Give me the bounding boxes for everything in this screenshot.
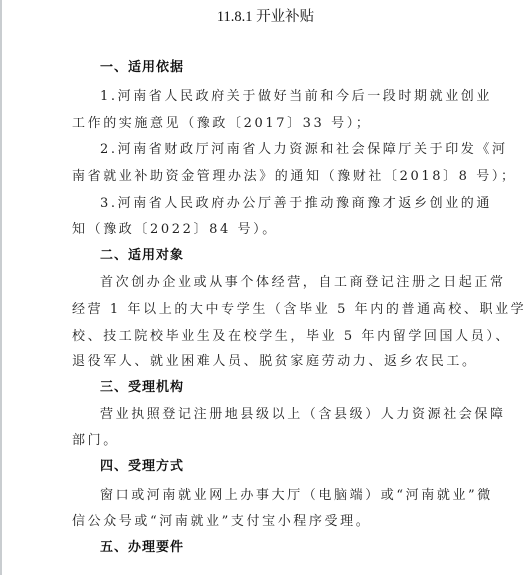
document-title: 11.8.1 开业补贴 bbox=[2, 7, 529, 27]
section-heading-requirements: 五、办理要件 bbox=[100, 538, 184, 558]
paragraph-line: 经营 1 年以上的大中专学生（含毕业 5 年内的普通高校、职业学 bbox=[72, 300, 464, 320]
section-heading-agency: 三、受理机构 bbox=[100, 378, 184, 398]
paragraph-line: 知（豫政〔2022〕84 号）。 bbox=[72, 220, 464, 240]
paragraph-line: 信公众号或“河南就业”支付宝小程序受理。 bbox=[72, 512, 464, 532]
document-page: 11.8.1 开业补贴 一、适用依据 1.河南省人民政府关于做好当前和今后一段时… bbox=[2, 0, 529, 575]
paragraph-line: 南省就业补助资金管理办法》的通知（豫财社〔2018〕8 号）； bbox=[72, 167, 464, 187]
paragraph-line: 首次创办企业或从事个体经营，自工商登记注册之日起正常 bbox=[100, 273, 464, 293]
paragraph-line: 1.河南省人民政府关于做好当前和今后一段时期就业创业 bbox=[100, 87, 464, 107]
paragraph-line: 部门。 bbox=[72, 431, 464, 451]
paragraph-line: 2.河南省财政厅河南省人力资源和社会保障厅关于印发《河 bbox=[100, 140, 464, 160]
paragraph-line: 退役军人、就业困难人员、脱贫家庭劳动力、返乡农民工。 bbox=[72, 352, 464, 372]
paragraph-line: 窗口或河南就业网上办事大厅（电脑端）或“河南就业”微 bbox=[100, 486, 464, 506]
section-heading-applicable-persons: 二、适用对象 bbox=[100, 246, 184, 266]
paragraph-line: 营业执照登记注册地县级以上（含县级）人力资源社会保障 bbox=[100, 405, 464, 425]
paragraph-line: 校、技工院校毕业生及在校学生，毕业 5 年内留学回国人员）、 bbox=[72, 327, 464, 347]
paragraph-line: 3.河南省人民政府办公厅善于推动豫商豫才返乡创业的通 bbox=[100, 194, 464, 214]
section-heading-basis: 一、适用依据 bbox=[100, 58, 184, 78]
section-heading-method: 四、受理方式 bbox=[100, 457, 184, 477]
paragraph-line: 工作的实施意见（豫政〔2017〕33 号）； bbox=[72, 114, 464, 134]
